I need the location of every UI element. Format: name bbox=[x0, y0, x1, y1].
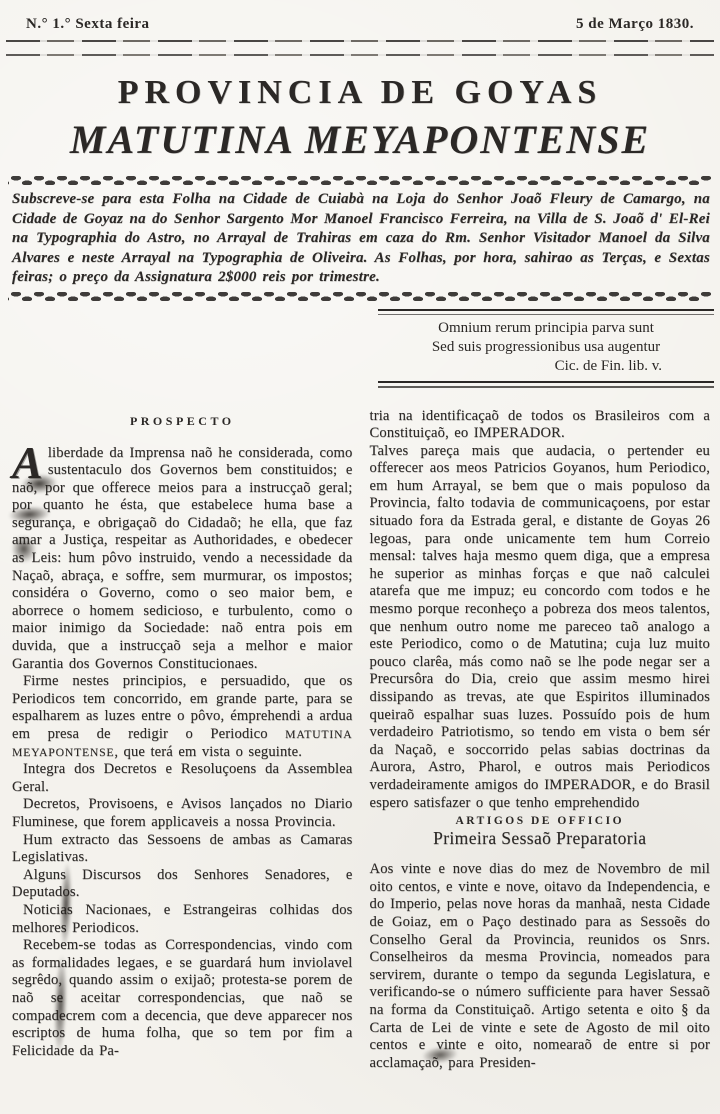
subscription-notice: Subscreve-se para esta Folha na Cidade d… bbox=[12, 190, 710, 288]
epigraph-rule bbox=[378, 309, 714, 315]
paragraph-text: , que terá em vista o seguinte. bbox=[114, 744, 302, 760]
paragraph: tria na identificaçaõ de todos os Brasil… bbox=[370, 408, 711, 443]
right-column: tria na identificaçaõ de todos os Brasil… bbox=[370, 408, 711, 1073]
epigraph-line: Sed suis progressionibus usa augentur bbox=[378, 338, 714, 357]
list-item: Alguns Discursos dos Senhores Senadores,… bbox=[12, 867, 353, 902]
masthead-top: N.° 1.° Sexta feira 5 de Março 1830. bbox=[0, 0, 720, 33]
artigos-heading: ARTIGOS DE OFFICIO bbox=[370, 815, 711, 827]
issue-number: N.° 1.° Sexta feira bbox=[26, 16, 150, 33]
province-title: PROVINCIA DE GOYAS bbox=[0, 74, 720, 112]
wavy-divider bbox=[8, 292, 712, 301]
sessao-subheading: Primeira Sessaõ Preparatoria bbox=[370, 828, 711, 849]
lead-paragraph: Aliberdade da Imprensa naõ he considerad… bbox=[12, 445, 353, 674]
paragraph: Talves pareça mais que audacia, o perten… bbox=[370, 443, 711, 812]
prospecto-heading: PROSPECTO bbox=[12, 414, 353, 429]
list-item: Integra dos Decretos e Resoluçoens da As… bbox=[12, 761, 353, 796]
epigraph-rule bbox=[378, 381, 714, 388]
epigraph-attribution: Cic. de Fin. lib. v. bbox=[378, 357, 714, 376]
wavy-divider bbox=[8, 176, 712, 185]
issue-date: 5 de Março 1830. bbox=[576, 16, 694, 33]
epigraph: Omnium rerum principia parva sunt Sed su… bbox=[378, 309, 714, 388]
list-item: Hum extracto das Sessoens de ambas as Ca… bbox=[12, 832, 353, 867]
newspaper-page: N.° 1.° Sexta feira 5 de Março 1830. PRO… bbox=[0, 0, 720, 1114]
dropcap-letter: A bbox=[12, 446, 43, 479]
left-column: PROSPECTO Aliberdade da Imprensa naõ he … bbox=[12, 408, 353, 1073]
paragraph: Firme nestes principios, e persuadido, q… bbox=[12, 673, 353, 761]
list-item: Noticias Nacionaes, e Estrangeiras colhi… bbox=[12, 902, 353, 937]
list-item: Decretos, Provisoens, e Avisos lançados … bbox=[12, 796, 353, 831]
paragraph: Recebem-se todas as Correspondencias, vi… bbox=[12, 937, 353, 1060]
epigraph-line: Omnium rerum principia parva sunt bbox=[378, 319, 714, 338]
newspaper-title: MATUTINA MEYAPONTENSE bbox=[0, 116, 720, 163]
dashed-rule bbox=[6, 54, 714, 56]
dashed-rule bbox=[6, 40, 714, 42]
lead-text: liberdade da Imprensa naõ he considerada… bbox=[12, 445, 353, 672]
paragraph: Aos vinte e nove dias do mez de Novembro… bbox=[370, 861, 711, 1072]
article-columns: PROSPECTO Aliberdade da Imprensa naõ he … bbox=[0, 388, 720, 1073]
